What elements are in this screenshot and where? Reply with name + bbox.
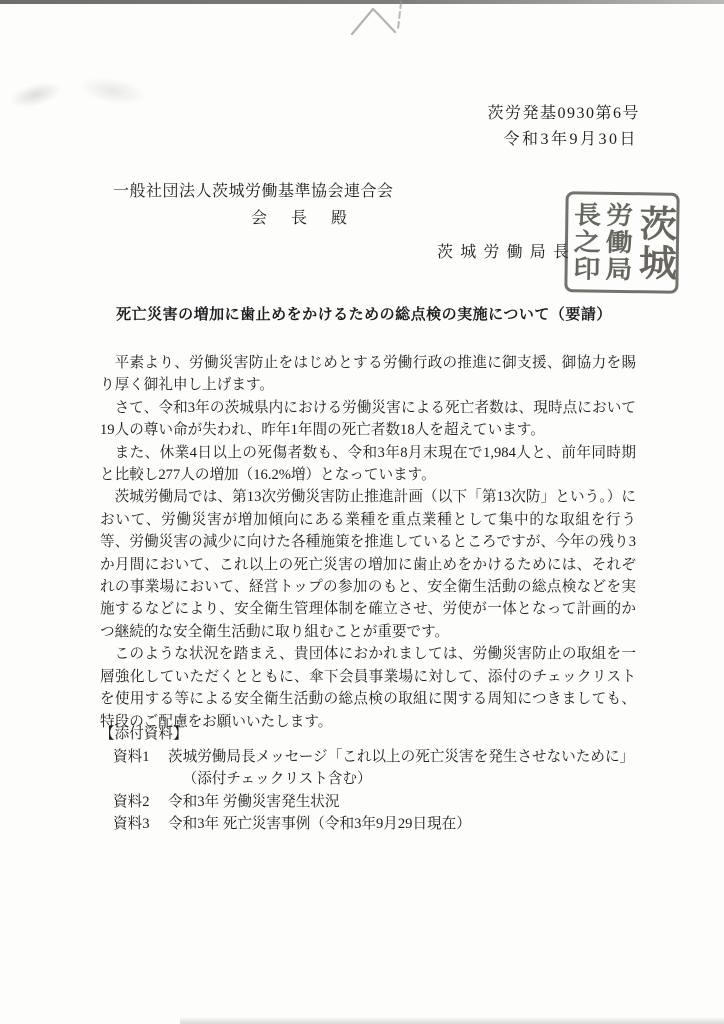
seal-column-middle: 労働局 [602, 198, 630, 287]
seal-column-left: 長之印 [570, 197, 598, 286]
attachment-label: 資料2 [113, 791, 168, 814]
issue-date: 令和3年9月30日 [503, 126, 638, 149]
body-paragraph: このような状況を踏まえ、貴団体におかれましては、労働災害防止の取組を一層強化して… [100, 643, 636, 733]
body-paragraph: 平素より、労働災害防止をはじめとする労働行政の推進に御支援、御協力を賜り厚く御礼… [100, 352, 636, 397]
attachment-item: 資料2 令和3年 労働災害発生状況 [113, 791, 640, 814]
official-seal: 長之印 労働局 茨城 [564, 191, 679, 294]
attachments-section: 【添付資料】 資料1 茨城労働局長メッセージ「これ以上の死亡災害を発生させないた… [100, 723, 640, 836]
recipient-honorific: 会 長 殿 [251, 205, 357, 228]
body-text: 平素より、労働災害防止をはじめとする労働行政の推進に御支援、御協力を賜り厚く御礼… [100, 352, 636, 733]
attachment-label: 資料1 [113, 746, 168, 769]
scan-smudge [6, 77, 65, 112]
scan-smudge [76, 72, 149, 110]
attachment-subnote: （添付チェックリスト含む） [168, 768, 640, 791]
body-paragraph: また、休業4日以上の死傷者数も、令和3年8月末現在で1,984人と、前年同時期と… [100, 442, 636, 487]
scanned-letter-page: 茨労発基0930第6号 令和3年9月30日 一般社団法人茨城労働基準協会連合会 … [0, 0, 724, 1024]
attachment-label: 資料3 [113, 813, 168, 836]
sender-title: 茨城労働局長 [437, 239, 576, 262]
attachment-item: 資料3 令和3年 死亡災害事例（令和3年9月29日現在） [113, 813, 640, 836]
body-paragraph: 茨城労働局では、第13次労働災害防止推進計画（以下「第13次防」という。）におい… [100, 486, 636, 643]
attachment-item: 資料1 茨城労働局長メッセージ「これ以上の死亡災害を発生させないために」 [113, 746, 640, 769]
doc-number: 茨労発基0930第6号 [487, 100, 640, 123]
attachment-text: 令和3年 死亡災害事例（令和3年9月29日現在） [168, 813, 640, 836]
attachment-text: 茨城労働局長メッセージ「これ以上の死亡災害を発生させないために」 [168, 746, 640, 769]
attachment-text: 令和3年 労働災害発生状況 [168, 791, 640, 814]
recipient-org: 一般社団法人茨城労働基準協会連合会 [113, 178, 394, 201]
document-title: 死亡災害の増加に歯止めをかけるための総点検の実施について（要請） [100, 303, 628, 324]
scan-edge-bottom [180, 1017, 724, 1024]
handwritten-mark [340, 0, 420, 42]
attachments-header: 【添付資料】 [100, 723, 640, 746]
body-paragraph: さて、令和3年の茨城県内における労働災害による死亡者数は、現時点において19人の… [100, 397, 636, 442]
seal-column-right: 茨城 [634, 198, 673, 288]
